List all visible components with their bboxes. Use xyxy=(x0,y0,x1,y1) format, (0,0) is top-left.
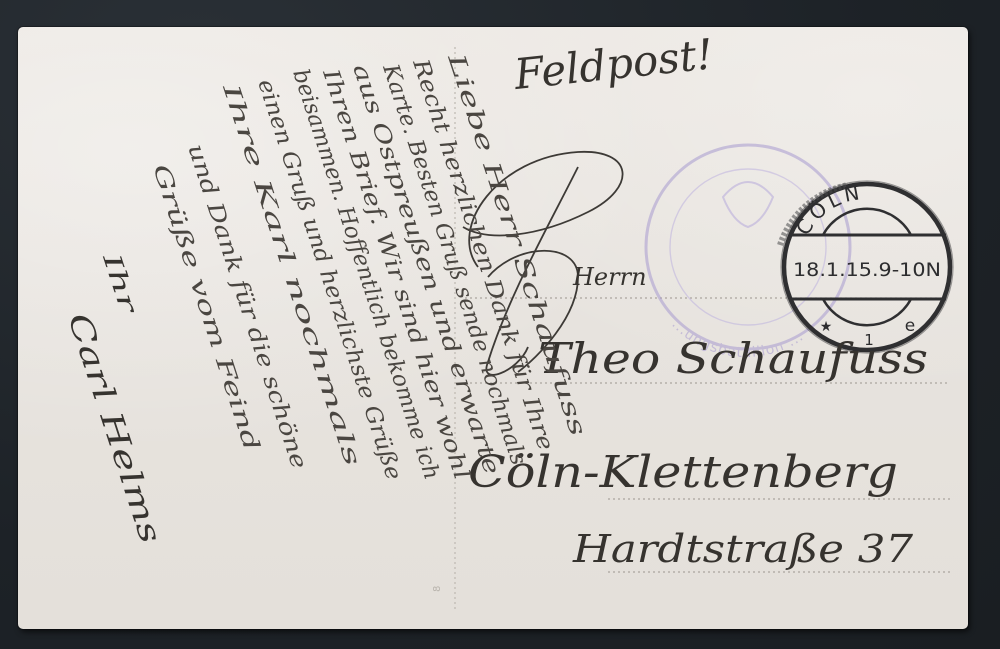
address-city: Cöln-Klettenberg xyxy=(468,447,898,498)
postmark: CÖLN 18.1.15.9-10N ★ 1 e xyxy=(780,180,953,353)
postmark-date: 18.1.15.9-10N xyxy=(793,259,941,281)
postmark-letter: e xyxy=(905,316,915,336)
message-line: Ihr xyxy=(97,249,143,319)
address-street: Hardtstraße 37 xyxy=(572,527,914,571)
edition-mark: 8 xyxy=(432,586,443,592)
star-icon: ★ xyxy=(820,319,833,335)
address-salutation: Herrn xyxy=(572,263,647,291)
feldpost-marking: Feldpost! xyxy=(511,29,716,99)
message-line: Carl Helms xyxy=(60,309,167,548)
eagle-emblem-icon xyxy=(723,182,773,227)
postcard: ...ungsbataillon ... CÖLN 18.1.15.9-10N … xyxy=(18,27,968,629)
postcard-canvas: ...ungsbataillon ... CÖLN 18.1.15.9-10N … xyxy=(18,27,968,629)
address-name: Theo Schaufuss xyxy=(538,334,928,383)
